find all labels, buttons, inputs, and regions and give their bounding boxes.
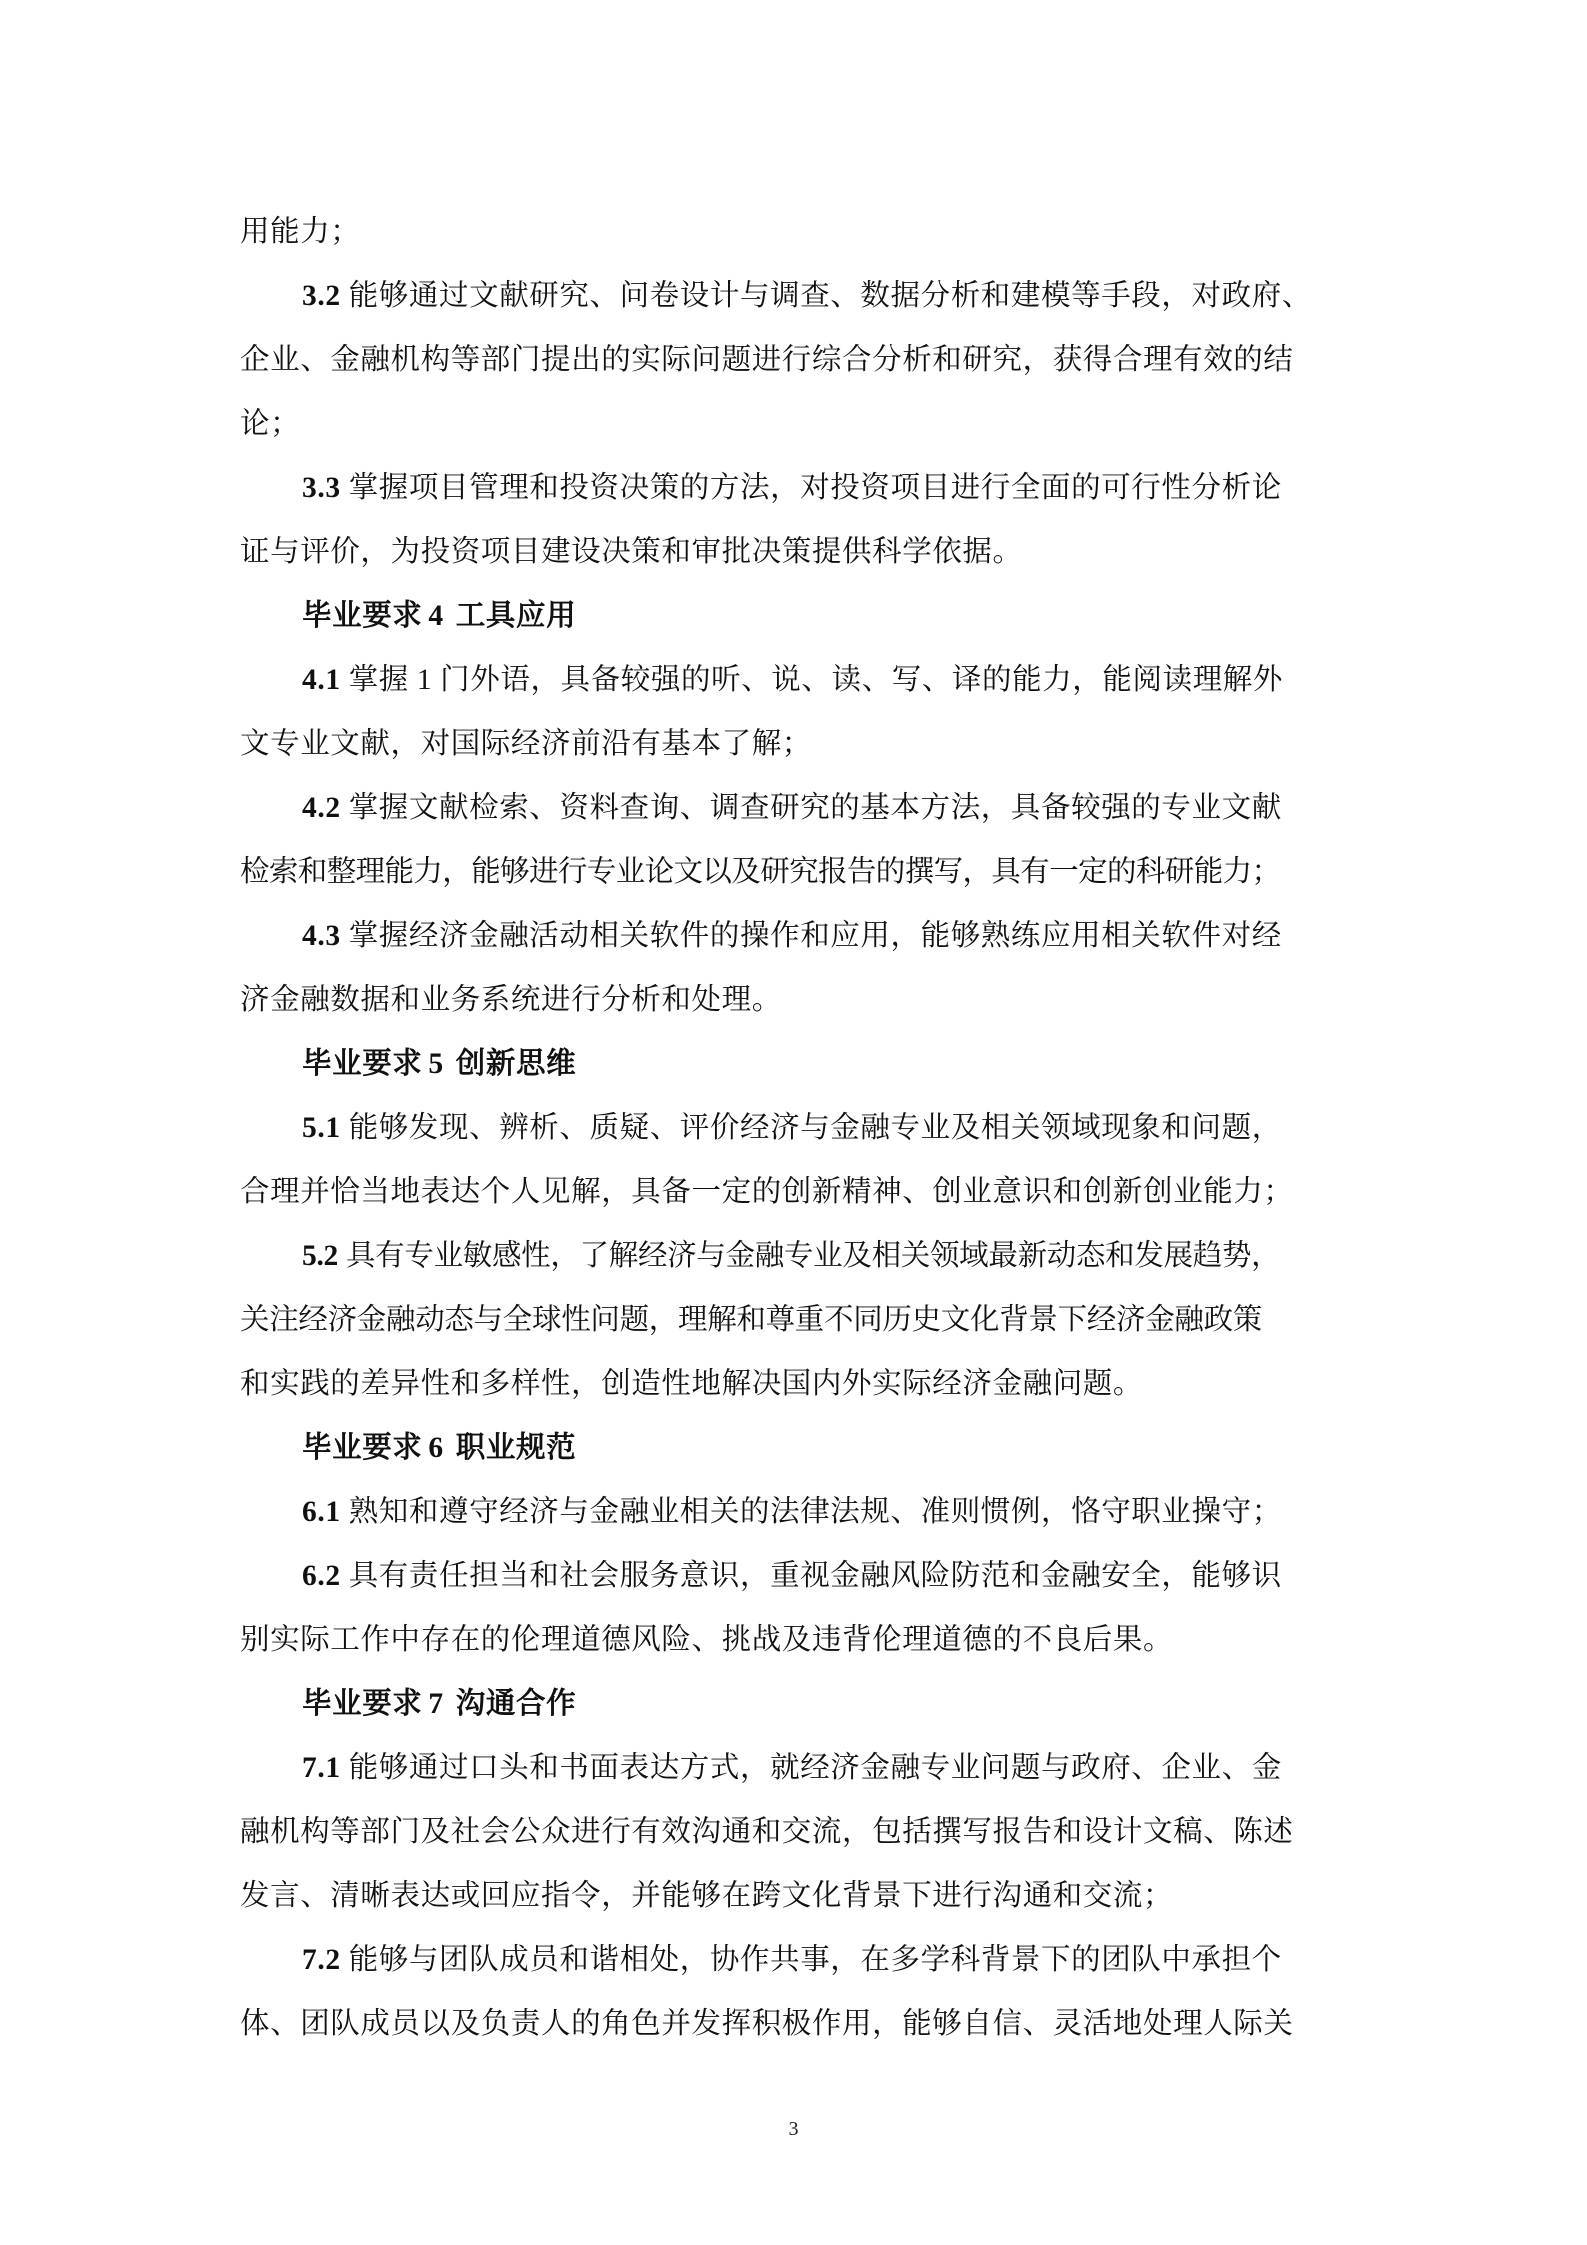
item-3-2-line-1: 3.2能够通过文献研究、问卷设计与调查、数据分析和建模等手段，对政府、: [240, 264, 1346, 328]
item-4-3-line-2: 济金融数据和业务系统进行分析和处理。: [240, 968, 1346, 1032]
requirement-4-heading: 毕业要求4工具应用: [240, 584, 1346, 648]
item-5-1-line-1: 5.1能够发现、辨析、质疑、评价经济与金融专业及相关领域现象和问题，: [240, 1096, 1346, 1160]
page-number: 3: [0, 2118, 1587, 2141]
heading-title: 创新思维: [456, 1048, 576, 1080]
heading-number: 4: [428, 600, 443, 632]
document-page: 用能力； 3.2能够通过文献研究、问卷设计与调查、数据分析和建模等手段，对政府、…: [240, 200, 1346, 2056]
item-text: 能够通过口头和书面表达方式，就经济金融专业问题与政府、企业、金: [349, 1752, 1282, 1784]
heading-title: 沟通合作: [456, 1688, 576, 1720]
item-5-2-line-1: 5.2具有专业敏感性，了解经济与金融专业及相关领域最新动态和发展趋势，: [240, 1224, 1346, 1288]
item-7-2-line-2: 体、团队成员以及负责人的角色并发挥积极作用，能够自信、灵活地处理人际关: [240, 1992, 1346, 2056]
item-text: 掌握文献检索、资料查询、调查研究的基本方法，具备较强的专业文献: [349, 792, 1282, 824]
item-3-2-line-2: 企业、金融机构等部门提出的实际问题进行综合分析和研究，获得合理有效的结: [240, 328, 1346, 392]
heading-number: 7: [428, 1688, 443, 1720]
item-7-1-line-3: 发言、清晰表达或回应指令，并能够在跨文化背景下进行沟通和交流；: [240, 1864, 1346, 1928]
item-4-2-line-2: 检索和整理能力，能够进行专业论文以及研究报告的撰写，具有一定的科研能力；: [240, 840, 1346, 904]
item-number: 4.2: [302, 792, 341, 824]
item-7-1-line-2: 融机构等部门及社会公众进行有效沟通和交流，包括撰写报告和设计文稿、陈述: [240, 1800, 1346, 1864]
heading-label: 毕业要求: [302, 1432, 422, 1464]
item-6-1-line-1: 6.1熟知和遵守经济与金融业相关的法律法规、准则惯例，恪守职业操守；: [240, 1480, 1346, 1544]
item-6-2-line-1: 6.2具有责任担当和社会服务意识，重视金融风险防范和金融安全，能够识: [240, 1544, 1346, 1608]
heading-label: 毕业要求: [302, 600, 422, 632]
heading-label: 毕业要求: [302, 1688, 422, 1720]
item-number: 5.1: [302, 1112, 341, 1144]
heading-title: 职业规范: [456, 1432, 576, 1464]
item-text: 具有责任担当和社会服务意识，重视金融风险防范和金融安全，能够识: [349, 1560, 1282, 1592]
item-4-2-line-1: 4.2掌握文献检索、资料查询、调查研究的基本方法，具备较强的专业文献: [240, 776, 1346, 840]
item-5-2-line-3: 和实践的差异性和多样性，创造性地解决国内外实际经济金融问题。: [240, 1352, 1346, 1416]
item-4-1-line-2: 文专业文献，对国际经济前沿有基本了解；: [240, 712, 1346, 776]
item-number: 3.3: [302, 472, 341, 504]
item-text: 掌握项目管理和投资决策的方法，对投资项目进行全面的可行性分析论: [349, 472, 1282, 504]
item-7-2-line-1: 7.2能够与团队成员和谐相处，协作共事，在多学科背景下的团队中承担个: [240, 1928, 1346, 1992]
heading-number: 5: [428, 1048, 443, 1080]
paragraph-continuation: 用能力；: [240, 200, 1346, 264]
item-5-2-line-2: 关注经济金融动态与全球性问题，理解和尊重不同历史文化背景下经济金融政策: [240, 1288, 1346, 1352]
item-number: 4.1: [302, 664, 341, 696]
heading-label: 毕业要求: [302, 1048, 422, 1080]
heading-number: 6: [428, 1432, 443, 1464]
item-number: 6.2: [302, 1560, 341, 1592]
item-text: 掌握经济金融活动相关软件的操作和应用，能够熟练应用相关软件对经: [349, 920, 1282, 952]
item-text: 能够通过文献研究、问卷设计与调查、数据分析和建模等手段，对政府、: [349, 280, 1312, 312]
item-text: 能够发现、辨析、质疑、评价经济与金融专业及相关领域现象和问题，: [349, 1112, 1282, 1144]
item-4-1-line-1: 4.1掌握 1 门外语，具备较强的听、说、读、写、译的能力，能阅读理解外: [240, 648, 1346, 712]
item-6-2-line-2: 别实际工作中存在的伦理道德风险、挑战及违背伦理道德的不良后果。: [240, 1608, 1346, 1672]
item-3-3-line-2: 证与评价，为投资项目建设决策和审批决策提供科学依据。: [240, 520, 1346, 584]
item-number: 3.2: [302, 280, 341, 312]
requirement-7-heading: 毕业要求7沟通合作: [240, 1672, 1346, 1736]
item-number: 6.1: [302, 1496, 341, 1528]
item-5-1-line-2: 合理并恰当地表达个人见解，具备一定的创新精神、创业意识和创新创业能力；: [240, 1160, 1346, 1224]
requirement-5-heading: 毕业要求5创新思维: [240, 1032, 1346, 1096]
item-text: 熟知和遵守经济与金融业相关的法律法规、准则惯例，恪守职业操守；: [349, 1496, 1282, 1528]
item-number: 5.2: [302, 1240, 338, 1272]
item-7-1-line-1: 7.1能够通过口头和书面表达方式，就经济金融专业问题与政府、企业、金: [240, 1736, 1346, 1800]
item-text: 掌握 1 门外语，具备较强的听、说、读、写、译的能力，能阅读理解外: [349, 664, 1283, 696]
item-number: 4.3: [302, 920, 341, 952]
item-text: 具有专业敏感性，了解经济与金融专业及相关领域最新动态和发展趋势，: [346, 1240, 1280, 1272]
item-3-3-line-1: 3.3掌握项目管理和投资决策的方法，对投资项目进行全面的可行性分析论: [240, 456, 1346, 520]
item-number: 7.2: [302, 1944, 341, 1976]
item-text: 能够与团队成员和谐相处，协作共事，在多学科背景下的团队中承担个: [349, 1944, 1282, 1976]
heading-title: 工具应用: [456, 600, 576, 632]
item-number: 7.1: [302, 1752, 341, 1784]
requirement-6-heading: 毕业要求6职业规范: [240, 1416, 1346, 1480]
item-4-3-line-1: 4.3掌握经济金融活动相关软件的操作和应用，能够熟练应用相关软件对经: [240, 904, 1346, 968]
item-3-2-line-3: 论；: [240, 392, 1346, 456]
